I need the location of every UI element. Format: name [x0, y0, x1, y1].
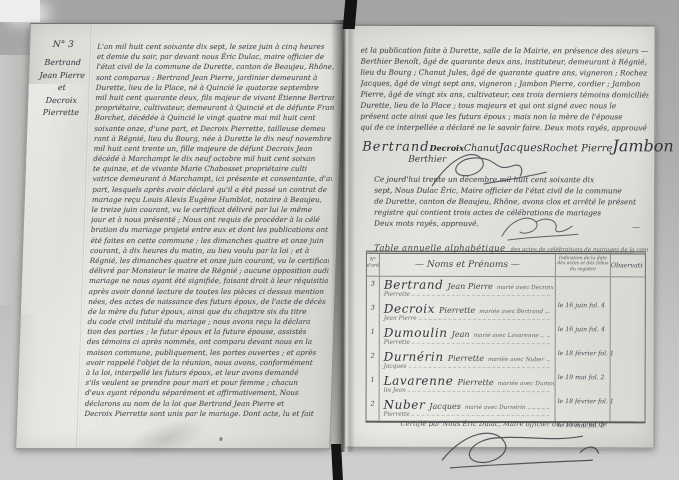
name-continuation: Jean Pierre — [384, 316, 552, 324]
handwritten-line: de Durette, canton de Beaujeu, Rhône, av… — [374, 196, 644, 208]
surname: Bertrand — [384, 278, 444, 292]
handwritten-line: l'état civil de la commune de Durette, c… — [96, 62, 335, 72]
cell-names: Nuber Jacques marié avec Durnérin Pierre… — [380, 397, 556, 421]
name-continuation: lin Jean — [384, 388, 552, 396]
cell-observations — [611, 373, 643, 397]
cell-order: 1 — [367, 373, 380, 397]
handwritten-line: soixante onze, d'une part, et Decroix Pi… — [94, 124, 333, 134]
handwritten-line: décédé à Marchampt le dix neuf octobre m… — [93, 154, 332, 164]
union-note: mariée avec Nuber — [488, 357, 544, 363]
handwritten-line: qui de ce interpellée a déclaré ne le sa… — [360, 122, 648, 134]
handwritten-line: s'ils veulent se prendre pour mari et po… — [85, 378, 324, 388]
handwritten-line: te quinze, et de vivante Marie Chabosset… — [93, 164, 332, 174]
handwritten-line: à la loi, interpellé les futurs époux, e… — [86, 368, 325, 378]
handwritten-line: lieu du Bourg ; Chanut Jules, âgé de qua… — [360, 67, 648, 79]
header-dates: Indication de la date des actes et des f… — [556, 254, 611, 276]
cell-observations — [611, 349, 643, 373]
handwritten-line: mil huit cent trente un, fille majeure d… — [93, 144, 332, 154]
handwritten-line: délivré par Monsieur le maire de Régnié … — [89, 266, 328, 276]
margin-name-line: et — [34, 82, 90, 95]
surname: Nuber — [384, 398, 426, 412]
handwritten-line: Durette, lieu de la Place, né à Quincié … — [96, 83, 335, 93]
handwritten-line: rant à Régnié, lieu du Bourg, née à Dure… — [94, 134, 333, 144]
handwritten-line: Pierre, âgé de vingt six ans, cultivateu… — [360, 89, 648, 101]
union-note: mariée avec Dumou — [498, 381, 556, 387]
handwritten-line: Borchet, décédée à Quincié le vingt quat… — [94, 113, 333, 123]
header-observations: Observations — [611, 254, 643, 276]
cell-order: 1 — [367, 325, 380, 349]
margin-names: BertrandJean PierreetDecroixPierrette — [33, 57, 91, 120]
cell-order: 3 — [367, 277, 380, 301]
bookmark-ribbon-bottom — [331, 444, 343, 480]
handwritten-line: été faites en cette commune ; les dimanc… — [90, 236, 329, 246]
handwritten-line: vatrice demeurant à Marchampt, ici prése… — [92, 174, 331, 184]
name-line: Durnérin Pierrette mariée avec Nuber — [384, 350, 552, 364]
handwritten-line: mil huit cent quarante deux, fils majeur… — [95, 93, 334, 103]
header-order-bottom: d'ordre — [367, 264, 379, 270]
right-page: et la publication faite à Durette, salle… — [344, 25, 655, 449]
cell-date: le 19 mai fol. 2 — [556, 397, 611, 421]
annual-alphabetical-table: N° d'ordre — Noms et Prénoms — Indicatio… — [366, 251, 646, 424]
handwritten-line: courant, à dix heures du matin, au lieu … — [90, 246, 329, 256]
cell-observations — [611, 301, 643, 325]
table-row: 2 Durnérin Pierrette mariée avec Nuber J… — [367, 349, 645, 374]
firstname: Jean Pierre — [447, 282, 492, 291]
table-row: 1 Dumoulin Jean marié avec Lavarenne Pie… — [367, 325, 645, 350]
cell-observations — [611, 397, 643, 421]
handwritten-line: bration du mariage projeté entre eux et … — [91, 225, 330, 235]
name-continuation: Pierrette — [384, 340, 552, 348]
firstname: Pierrette — [439, 306, 475, 315]
union-note: marié avec Durnérin — [465, 405, 526, 411]
cell-date: le 18 février fol. 1 — [556, 325, 611, 349]
surname: Dumoulin — [384, 326, 448, 340]
left-page: N° 3 BertrandJean PierreetDecroixPierret… — [15, 23, 345, 449]
act-number: N° 3 — [35, 40, 91, 50]
handwritten-line: jour et à nous présenté ; Nous ont requi… — [91, 215, 330, 225]
handwritten-line: présent acte ainsi que les futurs époux … — [360, 111, 648, 123]
handwritten-line: propriétaire, cultivateur, demeurant à Q… — [95, 103, 334, 113]
header-names: — Noms et Prénoms — — [380, 254, 556, 276]
cell-names: Lavarenne Pierrette mariée avec Dumou li… — [380, 373, 556, 397]
handwritten-line: du code civil intitulé du mariage ; nous… — [87, 317, 326, 327]
handwritten-line: Durette, lieu de la Place ; tous majeurs… — [360, 100, 648, 112]
continuation-text: Jacques — [384, 364, 407, 370]
continuation-text: Pierrette — [384, 340, 410, 346]
handwritten-line: Ce jourd'hui trente un décembre mil huit… — [374, 174, 644, 186]
name-line: Dumoulin Jean marié avec Lavarenne — [384, 326, 552, 340]
scanner-corner-highlight — [0, 0, 40, 22]
scanned-register-spread: N° 3 BertrandJean PierreetDecroixPierret… — [0, 0, 679, 480]
handwritten-line: sont comparus : Bertrand Jean Pierre, ja… — [96, 73, 335, 83]
ink-dot — [219, 437, 222, 441]
name-line: Decroix Pierrette mariée avec Bertrand — [384, 302, 552, 316]
surname: Durnérin — [384, 350, 444, 364]
surname: Decroix — [384, 302, 435, 316]
union-note: mariée avec Bertrand — [479, 309, 543, 315]
name-line: Lavarenne Pierrette mariée avec Dumou — [384, 374, 552, 388]
cell-order: 2 — [367, 397, 380, 421]
paraph-dash: — — [632, 222, 640, 231]
header-order: N° d'ordre — [367, 254, 380, 276]
union-note: marié avec Lavarenne — [473, 333, 538, 339]
continuation-text: Pierrette — [384, 412, 410, 418]
handwritten-line: part, lesquels après avoir déclaré qu'il… — [92, 185, 331, 195]
table-body: 3 Bertrand Jean Pierre marié avec Decroi… — [367, 277, 645, 422]
cell-date: le 19 mai fol. 2 — [556, 349, 611, 373]
table-row: 1 Lavarenne Pierrette mariée avec Dumou … — [367, 373, 645, 398]
act-body-text: L'an mil huit cent soixante dix sept, le… — [84, 42, 336, 419]
firstname: Pierrette — [457, 378, 493, 387]
union-note: marié avec Decroix — [497, 285, 554, 291]
cell-observations — [611, 277, 643, 301]
handwritten-line: Berthier Benoît, âgé de quarante deux an… — [360, 56, 648, 68]
firstname: Pierrette — [448, 354, 484, 363]
margin-name-line: Decroix — [33, 95, 89, 108]
cell-names: Durnérin Pierrette mariée avec Nuber Jac… — [380, 349, 556, 373]
cell-names: Decroix Pierrette mariée avec Bertrand J… — [380, 301, 556, 325]
book-gutter — [331, 20, 355, 452]
firstname: Jacques — [429, 402, 461, 411]
continuation-text: Jean Pierre — [384, 316, 417, 322]
margin-name-line: Bertrand — [34, 57, 90, 70]
table-row: 3 Decroix Pierrette mariée avec Bertrand… — [367, 301, 645, 326]
handwritten-line: Jacques, âgé de vingt sept ans, vigneron… — [360, 78, 648, 90]
cell-observations — [611, 325, 643, 349]
handwritten-line: des témoins ci après nommés, ont comparu… — [87, 337, 326, 347]
handwritten-line: L'an mil huit cent soixante dix sept, le… — [97, 42, 336, 52]
handwritten-line: avoir rappelé l'objet de la réunion, nou… — [86, 358, 325, 368]
continuation-text: lin Jean — [384, 388, 406, 394]
firstname: Jean — [452, 330, 470, 339]
table-header-row: N° d'ordre — Noms et Prénoms — Indicatio… — [367, 254, 645, 278]
handwritten-line: sept, Nous Dulac Éric, Maire officier de… — [374, 185, 644, 197]
cell-names: Bertrand Jean Pierre marié avec Decroix … — [380, 277, 556, 301]
handwritten-line: mariage ne nous ayant été signifiée, fai… — [89, 276, 328, 286]
name-continuation: Pierrette — [384, 292, 552, 300]
signature: Jambon — [612, 136, 673, 155]
handwritten-line: et la publication faite à Durette, salle… — [360, 45, 648, 57]
table-row: 3 Bertrand Jean Pierre marié avec Decroi… — [367, 277, 645, 302]
handwritten-line: maison commune, publiquement, les portes… — [86, 348, 325, 358]
margin-name-line: Jean Pierre — [34, 70, 90, 83]
name-line: Nuber Jacques marié avec Durnérin — [384, 398, 552, 412]
margin-name-line: Pierrette — [33, 107, 89, 120]
signature: Bertrand — [362, 140, 429, 155]
margin-note: N° 3 BertrandJean PierreetDecroixPierret… — [33, 40, 92, 120]
name-continuation: Jacques — [384, 364, 552, 372]
name-line: Bertrand Jean Pierre marié avec Decroix — [384, 278, 552, 292]
handwritten-line: nées, des actes de naissance des futurs … — [88, 297, 327, 307]
cell-date: le 16 juin fol. 4 — [556, 277, 611, 301]
handwritten-line: de la mère du futur époux, ainsi que du … — [88, 307, 327, 317]
cell-date: le 16 juin fol. 4 — [556, 301, 611, 325]
handwritten-line: mariage reçu Louis Alexis Eugène Humblot… — [92, 195, 331, 205]
handwritten-line: et demie du soir, par devant nous Éric D… — [97, 52, 336, 62]
handwritten-line: déclarons au nom de la loi que Bertrand … — [85, 399, 324, 409]
cell-names: Dumoulin Jean marié avec Lavarenne Pierr… — [380, 325, 556, 349]
handwritten-line: le treize juin courant, vu le certificat… — [91, 205, 330, 215]
cell-order: 2 — [367, 349, 380, 373]
cell-date: le 18 février fol. 1 — [556, 373, 611, 397]
handwritten-line: après avoir donné lecture de toutes les … — [88, 287, 327, 297]
handwritten-line: tion des parties ; le futur époux et la … — [87, 327, 326, 337]
act-continuation-text: et la publication faite à Durette, salle… — [360, 45, 648, 134]
cell-order: 3 — [367, 301, 380, 325]
bookmark-ribbon-top — [343, 0, 358, 29]
continuation-text: Pierrette — [384, 292, 410, 298]
handwritten-line: Régnié, les dimanches quatre et onze jui… — [90, 256, 329, 266]
surname: Lavarenne — [384, 374, 454, 388]
handwritten-line: d'eux ayant répondu séparément et affirm… — [85, 388, 324, 398]
mayor-closing-signature — [430, 426, 605, 472]
table-row: 2 Nuber Jacques marié avec Durnérin Pier… — [367, 397, 645, 422]
